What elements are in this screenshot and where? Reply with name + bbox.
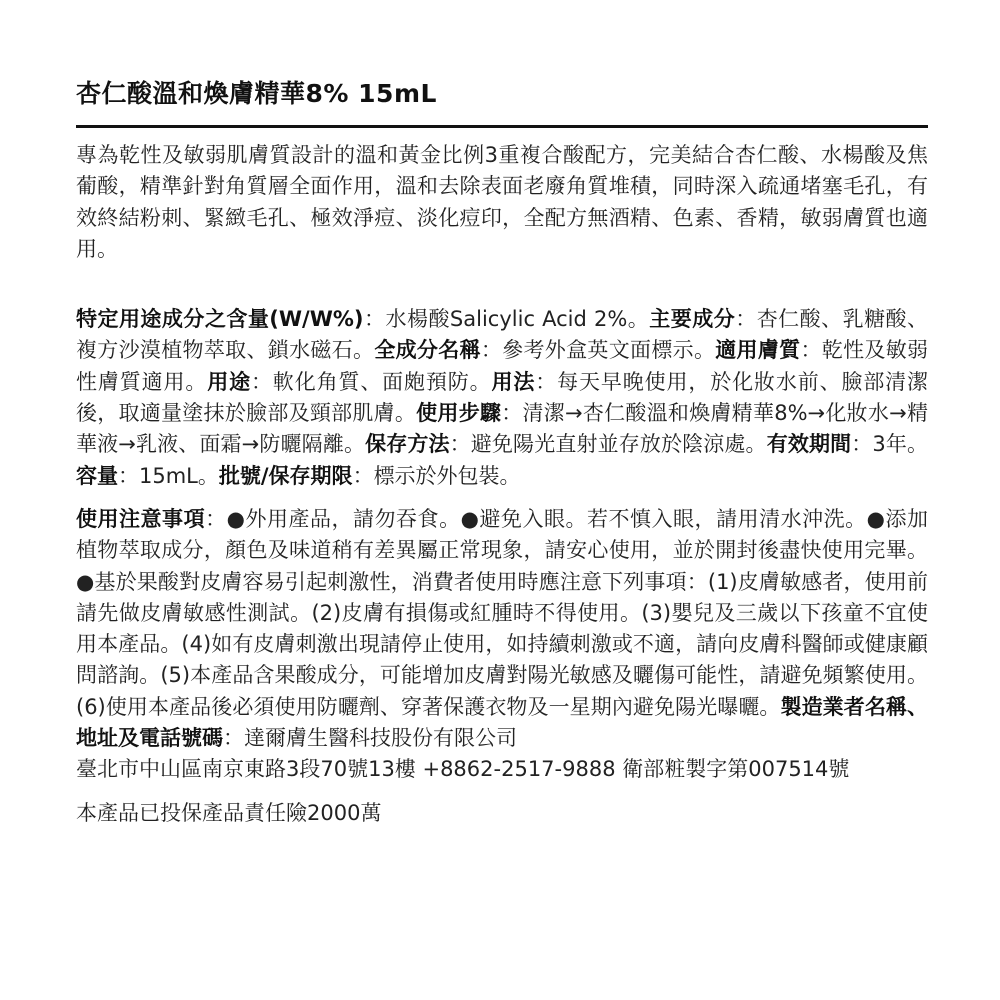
manufacturer-name: 達爾膚生醫科技股份有限公司 (244, 726, 517, 750)
spec-label: 使用步驟 (416, 401, 501, 425)
product-description: 專為乾性及敏弱肌膚質設計的溫和黃金比例3重複合酸配方，完美結合杏仁酸、水楊酸及焦… (76, 140, 928, 265)
spec-value: 3年。 (872, 432, 928, 456)
insurance-note: 本產品已投保產品責任險2000萬 (76, 798, 928, 829)
title-divider (76, 125, 928, 128)
spec-label: 容量 (76, 464, 118, 488)
spec-value: 標示於外包裝。 (374, 464, 521, 488)
spec-label: 保存方法 (365, 432, 450, 456)
spec-label: 全成分名稱 (374, 338, 481, 362)
spec-label: 特定用途成分之含量(W/W%) (76, 307, 364, 331)
spec-label: 適用膚質 (715, 338, 800, 362)
product-title: 杏仁酸溫和煥膚精華8% 15mL (76, 74, 928, 114)
spec-value: 參考外盒英文面標示。 (502, 338, 715, 362)
spec-value: 軟化角質、面皰預防。 (273, 370, 492, 394)
product-info-sheet: 杏仁酸溫和煥膚精華8% 15mL 專為乾性及敏弱肌膚質設計的溫和黃金比例3重複合… (76, 74, 928, 829)
cautions-label: 使用注意事項 (76, 507, 205, 531)
spec-label: 用途 (207, 370, 251, 394)
cautions-text: ●外用產品，請勿吞食。●避免入眼。若不慎入眼，請用清水沖洗。●添加植物萃取成分，… (76, 507, 928, 719)
spec-label: 批號/保存期限 (219, 464, 353, 488)
manufacturer-address: 臺北市中山區南京東路3段70號13樓 +8862-2517-9888 衛部粧製字… (76, 754, 928, 785)
spec-value: 水楊酸Salicylic Acid 2%。 (386, 307, 650, 331)
product-specs: 特定用途成分之含量(W/W%)：水楊酸Salicylic Acid 2%。主要成… (76, 304, 928, 492)
usage-cautions: 使用注意事項：●外用產品，請勿吞食。●避免入眼。若不慎入眼，請用清水沖洗。●添加… (76, 504, 928, 754)
spec-label: 用法 (492, 370, 536, 394)
spec-label: 有效期間 (767, 432, 852, 456)
spec-value: 15mL。 (139, 464, 219, 488)
spec-label: 主要成分 (649, 307, 735, 331)
spec-value: 避免陽光直射並存放於陰涼處。 (471, 432, 767, 456)
